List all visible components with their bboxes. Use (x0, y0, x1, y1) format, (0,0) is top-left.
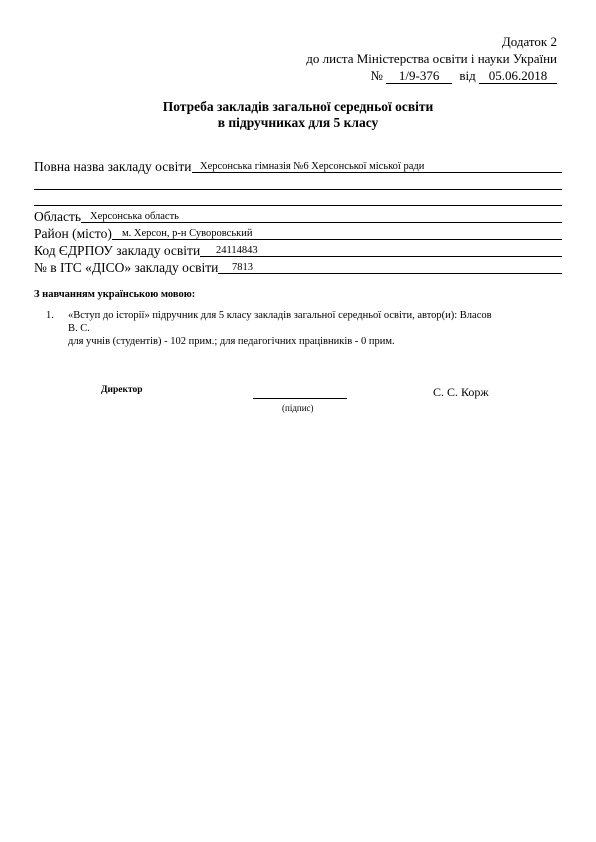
field-value: Херсонська область (90, 211, 179, 222)
item-number: 1. (46, 309, 54, 322)
signature-line (253, 398, 347, 399)
section-heading: З навчанням українською мовою: (34, 289, 195, 300)
field-its-diso: № в ІТС «ДІСО» закладу освіти 7813 (34, 257, 562, 274)
field-value: 7813 (232, 262, 253, 273)
item-line-3: для учнів (студентів) - 102 прим.; для п… (68, 335, 568, 348)
appendix-header: Додаток 2 до листа Міністерства освіти і… (306, 33, 557, 84)
blank-line (34, 189, 562, 190)
field-region: Область Херсонська область (34, 206, 562, 223)
title-line-2: в підручниках для 5 класу (0, 115, 596, 131)
signatory-position: Директор (101, 385, 143, 395)
appendix-label: Додаток 2 (306, 33, 557, 50)
letter-number-line: № 1/9-376 від 05.06.2018 (306, 67, 557, 84)
item-text: «Вступ до історії» підручник для 5 класу… (68, 309, 568, 348)
textbook-list-item: 1. «Вступ до історії» підручник для 5 кл… (34, 309, 574, 351)
field-district: Район (місто) м. Херсон, р-н Суворовськи… (34, 223, 562, 240)
field-full-name: Повна назва закладу освіти Херсонська гі… (34, 156, 562, 173)
letter-date: 05.06.2018 (479, 69, 557, 84)
letter-number: 1/9-376 (386, 69, 452, 84)
field-label: № в ІТС «ДІСО» закладу освіти (34, 260, 218, 276)
field-edrpou: Код ЄДРПОУ закладу освіти 24114843 (34, 240, 562, 257)
item-line-2: В. С. (68, 322, 568, 335)
field-value: 24114843 (216, 245, 258, 256)
date-prefix: від (459, 68, 475, 83)
number-prefix: № (370, 68, 382, 83)
document-title: Потреба закладів загальної середньої осв… (0, 99, 596, 131)
title-line-1: Потреба закладів загальної середньої осв… (0, 99, 596, 115)
field-label: Повна назва закладу освіти (34, 159, 192, 175)
signature-caption: (підпис) (282, 403, 314, 413)
field-value: м. Херсон, р-н Суворовський (122, 228, 252, 239)
field-value: Херсонська гімназія №6 Херсонської міськ… (200, 161, 424, 172)
item-line-1: «Вступ до історії» підручник для 5 класу… (68, 309, 568, 322)
letter-reference: до листа Міністерства освіти і науки Укр… (306, 50, 557, 67)
signatory-name: С. С. Корж (433, 385, 489, 400)
